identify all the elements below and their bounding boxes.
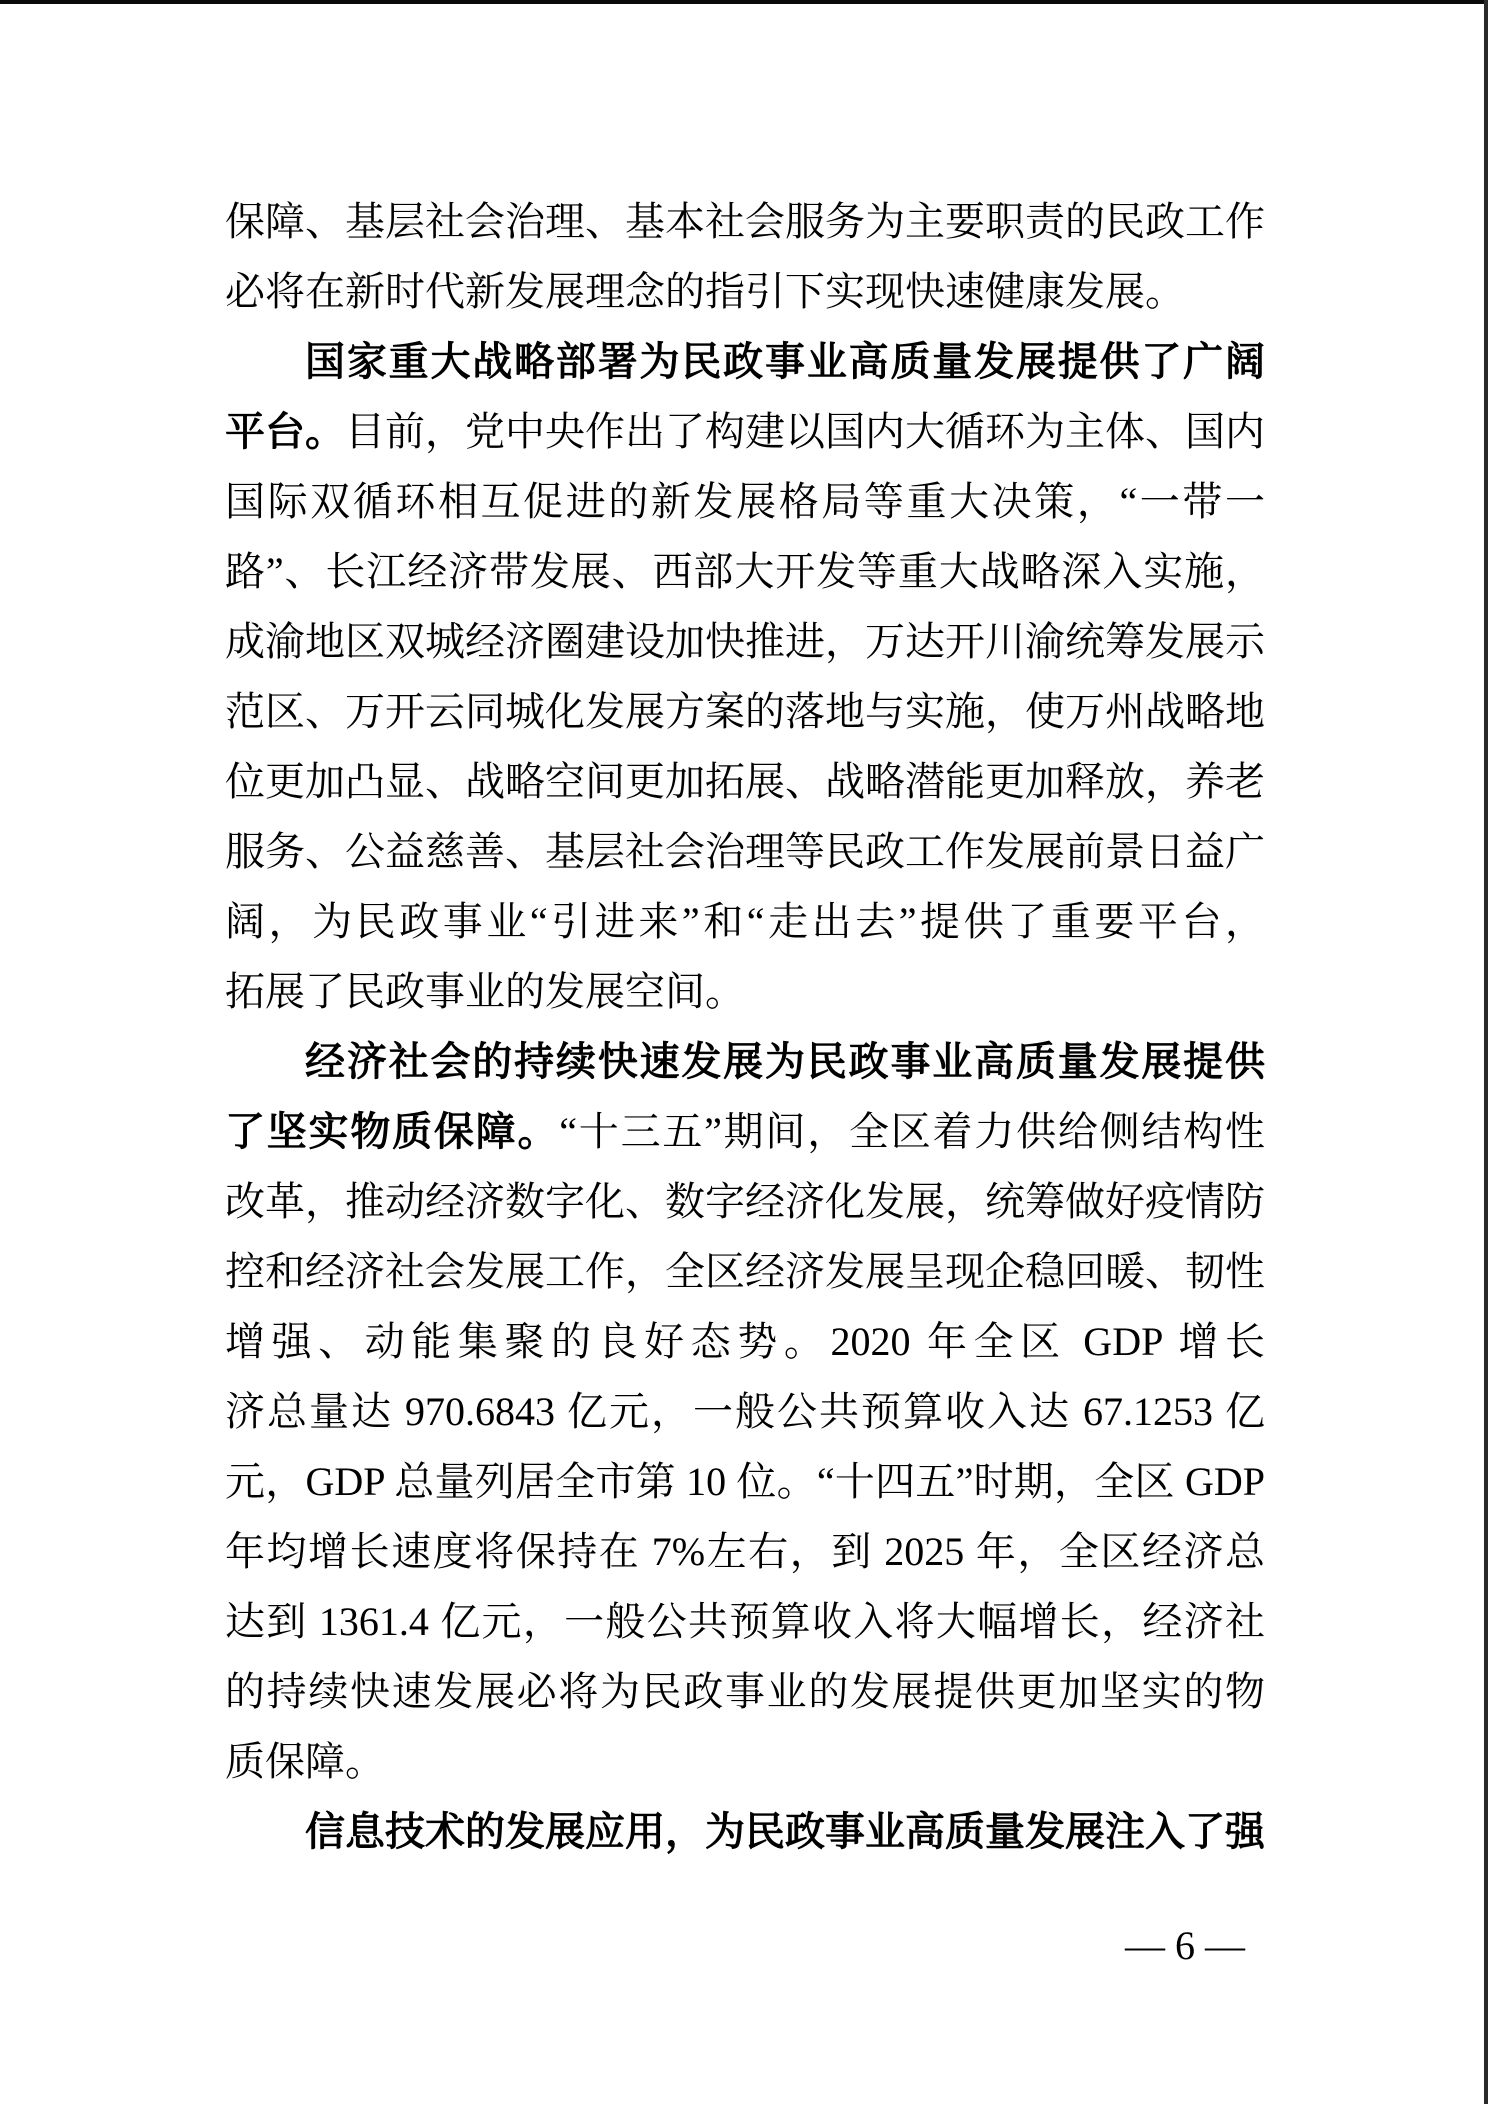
text-segment: 服务、公益慈善、基层社会治理等民政工作发展前景日益广 [225, 829, 1265, 874]
text-line: 路”、长江经济带发展、西部大开发等重大战略深入实施， [225, 537, 1265, 607]
text-segment: 控和经济社会发展工作，全区经济发展呈现企稳回暖、韧性 [225, 1249, 1265, 1294]
text-line: 信息技术的发展应用，为民政事业高质量发展注入了强 [225, 1797, 1265, 1867]
text-segment: 增强、动能集聚的良好态势。2020 年全区 GDP 增长 5.4%。经 [225, 1319, 1265, 1377]
text-line: 质保障。 [225, 1727, 1265, 1797]
text-segment: 国际双循环相互促进的新发展格局等重大决策，“一带一 [225, 479, 1265, 524]
text-line: 位更加凸显、战略空间更加拓展、战略潜能更加释放，养老 [225, 747, 1265, 817]
page-top-border-line [0, 0, 1488, 4]
text-line: 范区、万开云同城化发展方案的落地与实施，使万州战略地 [225, 677, 1265, 747]
bold-text-segment: 信息技术的发展应用，为民政事业高质量发展注入了强 [305, 1809, 1265, 1854]
text-line: 经济社会的持续快速发展为民政事业高质量发展提供 [225, 1027, 1265, 1097]
text-line: 改革，推动经济数字化、数字经济化发展，统筹做好疫情防 [225, 1167, 1265, 1237]
text-segment: 必将在新时代新发展理念的指引下实现快速健康发展。 [225, 269, 1185, 314]
bold-text-segment: 国家重大战略部署为民政事业高质量发展提供了广阔 [305, 339, 1265, 384]
bold-text-segment: 了坚实物质保障。 [225, 1109, 559, 1154]
text-lines: 保障、基层社会治理、基本社会服务为主要职责的民政工作必将在新时代新发展理念的指引… [225, 187, 1265, 1867]
bold-text-segment: 经济社会的持续快速发展为民政事业高质量发展提供 [305, 1039, 1265, 1084]
text-segment: 阔，为民政事业“引进来”和“走出去”提供了重要平台， [225, 899, 1265, 944]
text-line: 服务、公益慈善、基层社会治理等民政工作发展前景日益广 [225, 817, 1265, 887]
text-line: 必将在新时代新发展理念的指引下实现快速健康发展。 [225, 257, 1265, 327]
text-segment: 质保障。 [225, 1739, 385, 1784]
text-segment: 达到 1361.4 亿元，一般公共预算收入将大幅增长，经济社会 [225, 1599, 1265, 1657]
text-line: 的持续快速发展必将为民政事业的发展提供更加坚实的物 [225, 1657, 1265, 1727]
bold-text-segment: 平台。 [225, 409, 345, 454]
text-segment: 范区、万开云同城化发展方案的落地与实施，使万州战略地 [225, 689, 1265, 734]
text-line: 元，GDP 总量列居全市第 10 位。“十四五”时期，全区 GDP [225, 1447, 1265, 1517]
text-line: 控和经济社会发展工作，全区经济发展呈现企稳回暖、韧性 [225, 1237, 1265, 1307]
text-line: 年均增长速度将保持在 7%左右，到 2025 年，全区经济总量 [225, 1517, 1265, 1587]
text-segment: 的持续快速发展必将为民政事业的发展提供更加坚实的物 [225, 1669, 1265, 1714]
text-segment: 改革，推动经济数字化、数字经济化发展，统筹做好疫情防 [225, 1179, 1265, 1224]
text-segment: 成渝地区双城经济圈建设加快推进，万达开川渝统筹发展示 [225, 619, 1265, 664]
text-line: 增强、动能集聚的良好态势。2020 年全区 GDP 增长 5.4%。经 [225, 1307, 1265, 1377]
text-segment: 目前，党中央作出了构建以国内大循环为主体、国内 [345, 409, 1265, 454]
text-line: 拓展了民政事业的发展空间。 [225, 957, 1265, 1027]
text-segment: 元，GDP 总量列居全市第 10 位。“十四五”时期，全区 GDP [225, 1459, 1265, 1504]
page-right-border-line [1484, 0, 1488, 2104]
text-line: 国家重大战略部署为民政事业高质量发展提供了广阔 [225, 327, 1265, 397]
text-segment: 路”、长江经济带发展、西部大开发等重大战略深入实施， [225, 549, 1265, 594]
text-line: 平台。目前，党中央作出了构建以国内大循环为主体、国内 [225, 397, 1265, 467]
text-line: 保障、基层社会治理、基本社会服务为主要职责的民政工作 [225, 187, 1265, 257]
page-number: — 6 — [225, 1922, 1265, 1970]
text-segment: 拓展了民政事业的发展空间。 [225, 969, 745, 1014]
text-line: 国际双循环相互促进的新发展格局等重大决策，“一带一 [225, 467, 1265, 537]
text-line: 济总量达 970.6843 亿元，一般公共预算收入达 67.1253 亿 [225, 1377, 1265, 1447]
text-line: 成渝地区双城经济圈建设加快推进，万达开川渝统筹发展示 [225, 607, 1265, 677]
text-segment: 济总量达 970.6843 亿元，一般公共预算收入达 67.1253 亿 [225, 1389, 1265, 1434]
text-line: 阔，为民政事业“引进来”和“走出去”提供了重要平台， [225, 887, 1265, 957]
text-segment: 位更加凸显、战略空间更加拓展、战略潜能更加释放，养老 [225, 759, 1265, 804]
text-line: 达到 1361.4 亿元，一般公共预算收入将大幅增长，经济社会 [225, 1587, 1265, 1657]
document-page: 保障、基层社会治理、基本社会服务为主要职责的民政工作必将在新时代新发展理念的指引… [0, 0, 1488, 2104]
text-segment: 保障、基层社会治理、基本社会服务为主要职责的民政工作 [225, 199, 1265, 244]
text-segment: “十三五”期间，全区着力供给侧结构性 [559, 1109, 1265, 1154]
text-line: 了坚实物质保障。“十三五”期间，全区着力供给侧结构性 [225, 1097, 1265, 1167]
text-segment: 年均增长速度将保持在 7%左右，到 2025 年，全区经济总量 [225, 1529, 1265, 1587]
